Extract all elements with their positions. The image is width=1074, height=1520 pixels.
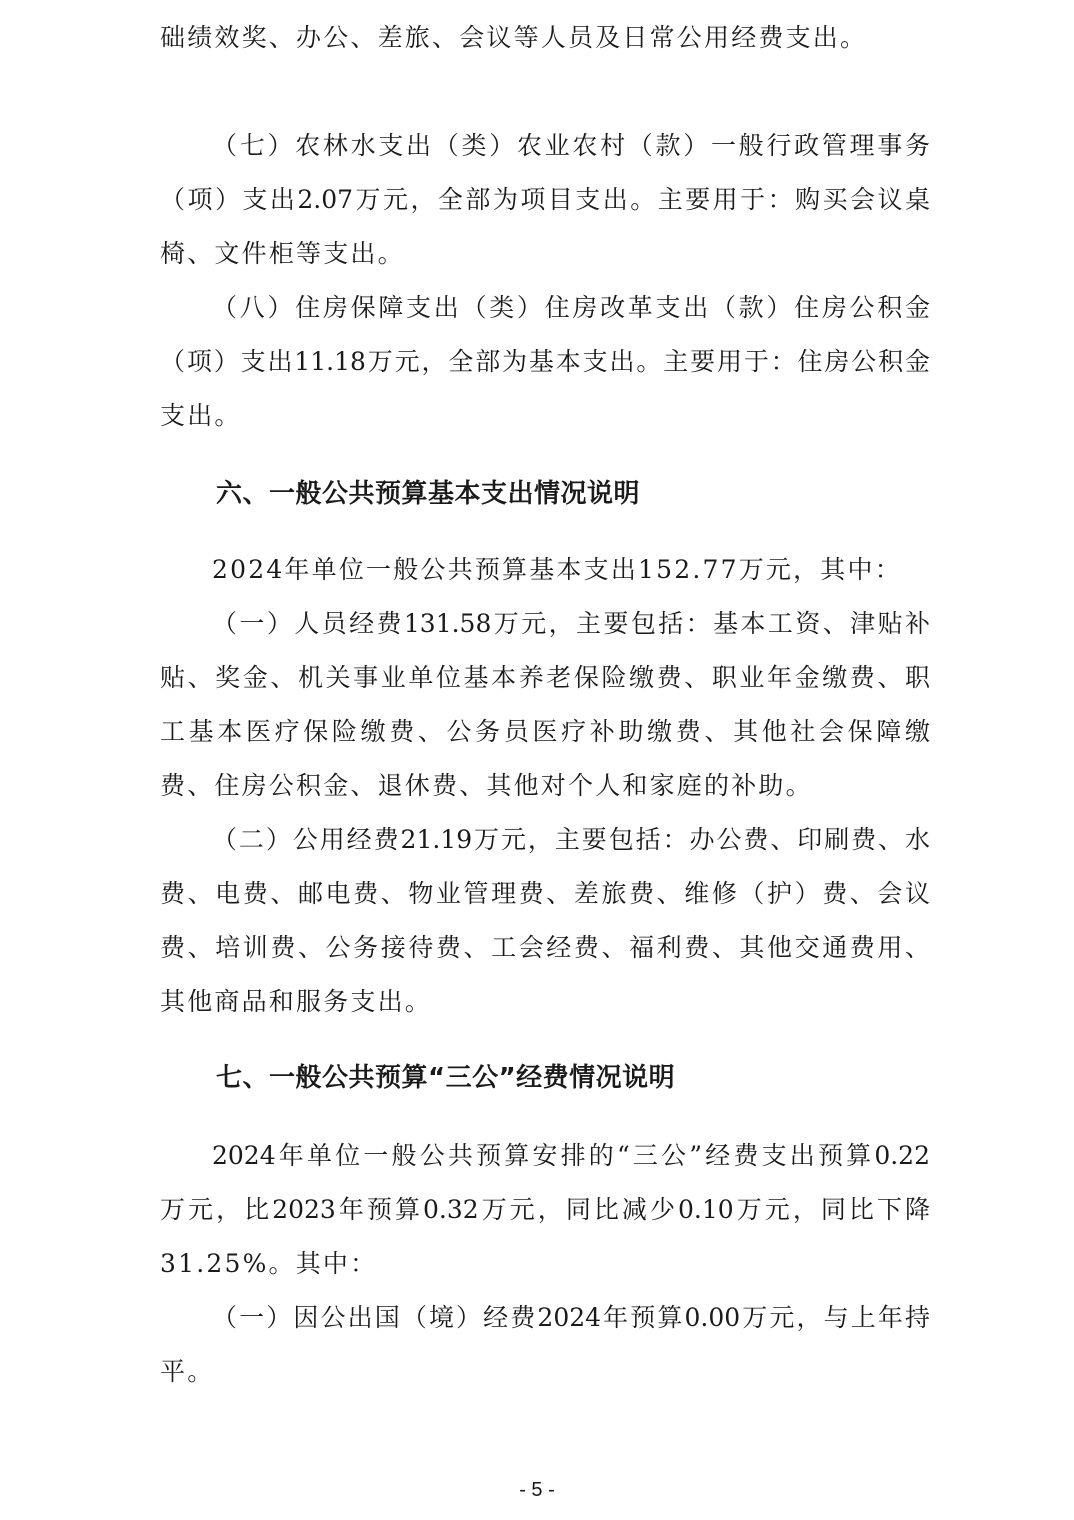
- paragraph-line: （八）住房保障支出（类）住房改革支出（款）住房公积金: [212, 288, 930, 328]
- paragraph-line: 万元，比2023年预算0.32万元，同比减少0.10万元，同比下降: [160, 1190, 930, 1230]
- paragraph-line: 工基本医疗保险缴费、公务员医疗补助缴费、其他社会保障缴: [160, 712, 930, 752]
- paragraph-line: 2024年单位一般公共预算安排的“三公”经费支出预算0.22: [212, 1136, 930, 1176]
- paragraph-line: （项）支出2.07万元，全部为项目支出。主要用于：购买会议桌: [160, 180, 930, 220]
- paragraph-line: 31.25%。其中：: [160, 1244, 377, 1284]
- paragraph-line: 平。: [160, 1352, 214, 1392]
- paragraph-line: 其他商品和服务支出。: [160, 982, 432, 1022]
- paragraph-line: 支出。: [160, 396, 242, 436]
- section-heading-three-public-expenses: 七、一般公共预算“三公”经费情况说明: [216, 1056, 675, 1100]
- paragraph-line: 础绩效奖、办公、差旅、会议等人员及日常公用经费支出。: [160, 18, 867, 58]
- paragraph-line: （一）因公出国（境）经费2024年预算0.00万元，与上年持: [212, 1298, 930, 1338]
- paragraph-line: 费、电费、邮电费、物业管理费、差旅费、维修（护）费、会议: [160, 874, 930, 914]
- paragraph-line: 费、住房公积金、退休费、其他对个人和家庭的补助。: [160, 766, 813, 806]
- paragraph-line: （一）人员经费131.58万元，主要包括：基本工资、津贴补: [212, 604, 930, 644]
- page-number: - 5 -: [0, 1476, 1074, 1504]
- paragraph-line: 费、培训费、公务接待费、工会经费、福利费、其他交通费用、: [160, 928, 930, 968]
- paragraph-line: 椅、文件柜等支出。: [160, 234, 405, 274]
- paragraph-line: 贴、奖金、机关事业单位基本养老保险缴费、职业年金缴费、职: [160, 658, 930, 698]
- paragraph-line: （二）公用经费21.19万元，主要包括：办公费、印刷费、水: [212, 820, 930, 860]
- paragraph-line: （七）农林水支出（类）农业农村（款）一般行政管理事务: [212, 126, 930, 166]
- paragraph-line: （项）支出11.18万元，全部为基本支出。主要用于：住房公积金: [160, 342, 930, 382]
- section-heading-basic-expenditure: 六、一般公共预算基本支出情况说明: [216, 472, 640, 516]
- paragraph-line: 2024年单位一般公共预算基本支出152.77万元，其中：: [212, 550, 930, 590]
